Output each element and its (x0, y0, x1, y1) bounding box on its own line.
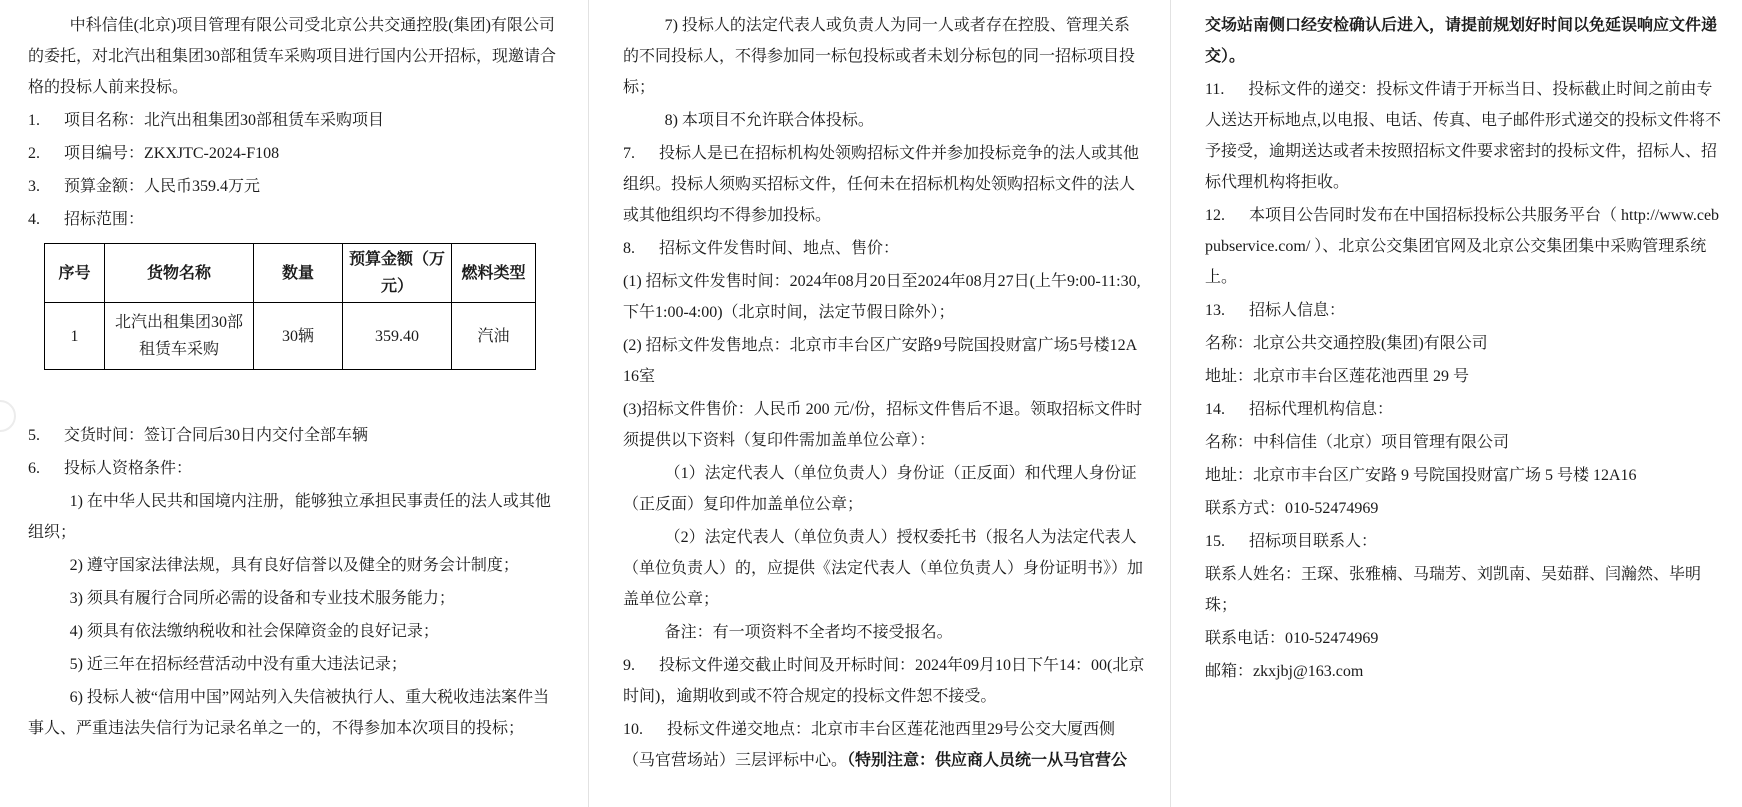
column-divider-2 (1170, 0, 1171, 807)
qualification-2: 2) 遵守国家法律法规，具有良好信誉以及健全的财务会计制度； (28, 550, 562, 581)
item-7-bidder-requirement: 7. 投标人是已在招标机构处领购招标文件并参加投标竞争的法人或其他组织。投标人须… (623, 138, 1145, 231)
table-row: 1 北汽出租集团30部租赁车采购 30辆 359.40 汽油 (45, 303, 536, 370)
item-11-delivery-of-bids: 11. 投标文件的递交：投标文件请于开标当日、投标截止时间之前由专人送达开标地点… (1205, 74, 1721, 198)
agency-name: 名称：中科信佳（北京）项目管理有限公司 (1205, 427, 1721, 458)
doc-sale-price: (3)招标文件售价：人民币 200 元/份，招标文件售后不退。领取招标文件时须提… (623, 394, 1145, 456)
column-1: 中科信佳(北京)项目管理有限公司受北京公共交通控股(集团)有限公司的委托，对北汽… (28, 0, 562, 746)
column-2: 7) 投标人的法定代表人或负责人为同一人或者存在控股、管理关系的不同投标人，不得… (623, 0, 1145, 778)
item-5-delivery: 5. 交货时间：签订合同后30日内交付全部车辆 (28, 420, 562, 451)
doc-sale-time: (1) 招标文件发售时间：2024年08月20日至2024年08月27日(上午9… (623, 266, 1145, 328)
cell-fuel: 汽油 (452, 303, 536, 370)
qualification-5: 5) 近三年在招标经营活动中没有重大违法记录； (28, 649, 562, 680)
required-material-2: （2）法定代表人（单位负责人）授权委托书（报名人为法定代表人（单位负责人）的，应… (623, 522, 1145, 615)
item-6-qualifications: 6. 投标人资格条件： (28, 453, 562, 484)
contact-phone: 联系电话：010-52474969 (1205, 623, 1721, 654)
header-seq: 序号 (45, 244, 105, 303)
floating-pager-button[interactable] (0, 400, 16, 432)
tenderer-address: 地址：北京市丰台区莲花池西里 29 号 (1205, 361, 1721, 392)
column-3: 交场站南侧口经安检确认后进入，请提前规划好时间以免延误响应文件递交）。 11. … (1205, 0, 1721, 689)
scope-table: 序号 货物名称 数量 预算金额（万元） 燃料类型 1 北汽出租集团30部租赁车采… (44, 243, 562, 370)
qualification-4: 4) 须具有依法缴纳税收和社会保障资金的良好记录； (28, 616, 562, 647)
tender-notice-document: 中科信佳(北京)项目管理有限公司受北京公共交通控股(集团)有限公司的委托，对北汽… (0, 0, 1742, 807)
contact-names: 联系人姓名：王琛、张雅楠、马瑞芳、刘凯南、吴茹群、闫瀚然、毕明珠； (1205, 559, 1721, 621)
doc-sale-place: (2) 招标文件发售地点：北京市丰台区广安路9号院国投财富广场5号楼12A16室 (623, 330, 1145, 392)
qualification-7: 7) 投标人的法定代表人或负责人为同一人或者存在控股、管理关系的不同投标人，不得… (623, 10, 1145, 103)
qualification-3: 3) 须具有履行合同所必需的设备和专业技术服务能力； (28, 583, 562, 614)
cell-goods: 北汽出租集团30部租赁车采购 (105, 303, 254, 370)
table-header-row: 序号 货物名称 数量 预算金额（万元） 燃料类型 (45, 244, 536, 303)
item-3-budget: 3. 预算金额：人民币359.4万元 (28, 171, 562, 202)
agency-phone: 联系方式：010-52474969 (1205, 493, 1721, 524)
qualification-8: 8) 本项目不允许联合体投标。 (623, 105, 1145, 136)
item-9-deadline: 9. 投标文件递交截止时间及开标时间：2024年09月10日下午14：00(北京… (623, 650, 1145, 712)
item-1-project-name: 1. 项目名称：北汽出租集团30部租赁车采购项目 (28, 105, 562, 136)
item-12-announcement-platforms: 12. 本项目公告同时发布在中国招标投标公共服务平台（ http://www.c… (1205, 200, 1721, 293)
item-8-doc-sale: 8. 招标文件发售时间、地点、售价： (623, 233, 1145, 264)
item-14-agency-info: 14. 招标代理机构信息： (1205, 394, 1721, 425)
remark-note: 备注：有一项资料不全者均不接受报名。 (623, 617, 1145, 648)
item-15-contacts: 15. 招标项目联系人： (1205, 526, 1721, 557)
column-divider-1 (588, 0, 589, 807)
cell-budget: 359.40 (343, 303, 452, 370)
qualification-1: 1) 在中华人民共和国境内注册，能够独立承担民事责任的法人或其他组织； (28, 486, 562, 548)
required-material-1: （1）法定代表人（单位负责人）身份证（正反面）和代理人身份证（正反面）复印件加盖… (623, 458, 1145, 520)
item-13-tenderer-info: 13. 招标人信息： (1205, 295, 1721, 326)
contact-email: 邮箱：zkxjbj@163.com (1205, 656, 1721, 687)
intro-paragraph: 中科信佳(北京)项目管理有限公司受北京公共交通控股(集团)有限公司的委托，对北汽… (28, 10, 562, 103)
cell-seq: 1 (45, 303, 105, 370)
qualification-6: 6) 投标人被“信用中国”网站列入失信被执行人、重大税收违法案件当事人、严重违法… (28, 682, 562, 744)
item-4-scope: 4. 招标范围： (28, 204, 562, 235)
special-note-bold-continued: 交场站南侧口经安检确认后进入，请提前规划好时间以免延误响应文件递交）。 (1205, 10, 1721, 72)
header-qty: 数量 (254, 244, 343, 303)
item-10-submission-place: 10. 投标文件递交地点：北京市丰台区莲花池西里29号公交大厦西侧（马官营场站）… (623, 714, 1145, 776)
cell-qty: 30辆 (254, 303, 343, 370)
item-2-project-number: 2. 项目编号：ZKXJTC-2024-F108 (28, 138, 562, 169)
special-note-bold-start: （特别注意：供应商人员统一从马官营公 (847, 752, 1127, 769)
header-fuel: 燃料类型 (452, 244, 536, 303)
header-budget: 预算金额（万元） (343, 244, 452, 303)
agency-address: 地址：北京市丰台区广安路 9 号院国投财富广场 5 号楼 12A16 (1205, 460, 1721, 491)
header-goods: 货物名称 (105, 244, 254, 303)
tenderer-name: 名称：北京公共交通控股(集团)有限公司 (1205, 328, 1721, 359)
